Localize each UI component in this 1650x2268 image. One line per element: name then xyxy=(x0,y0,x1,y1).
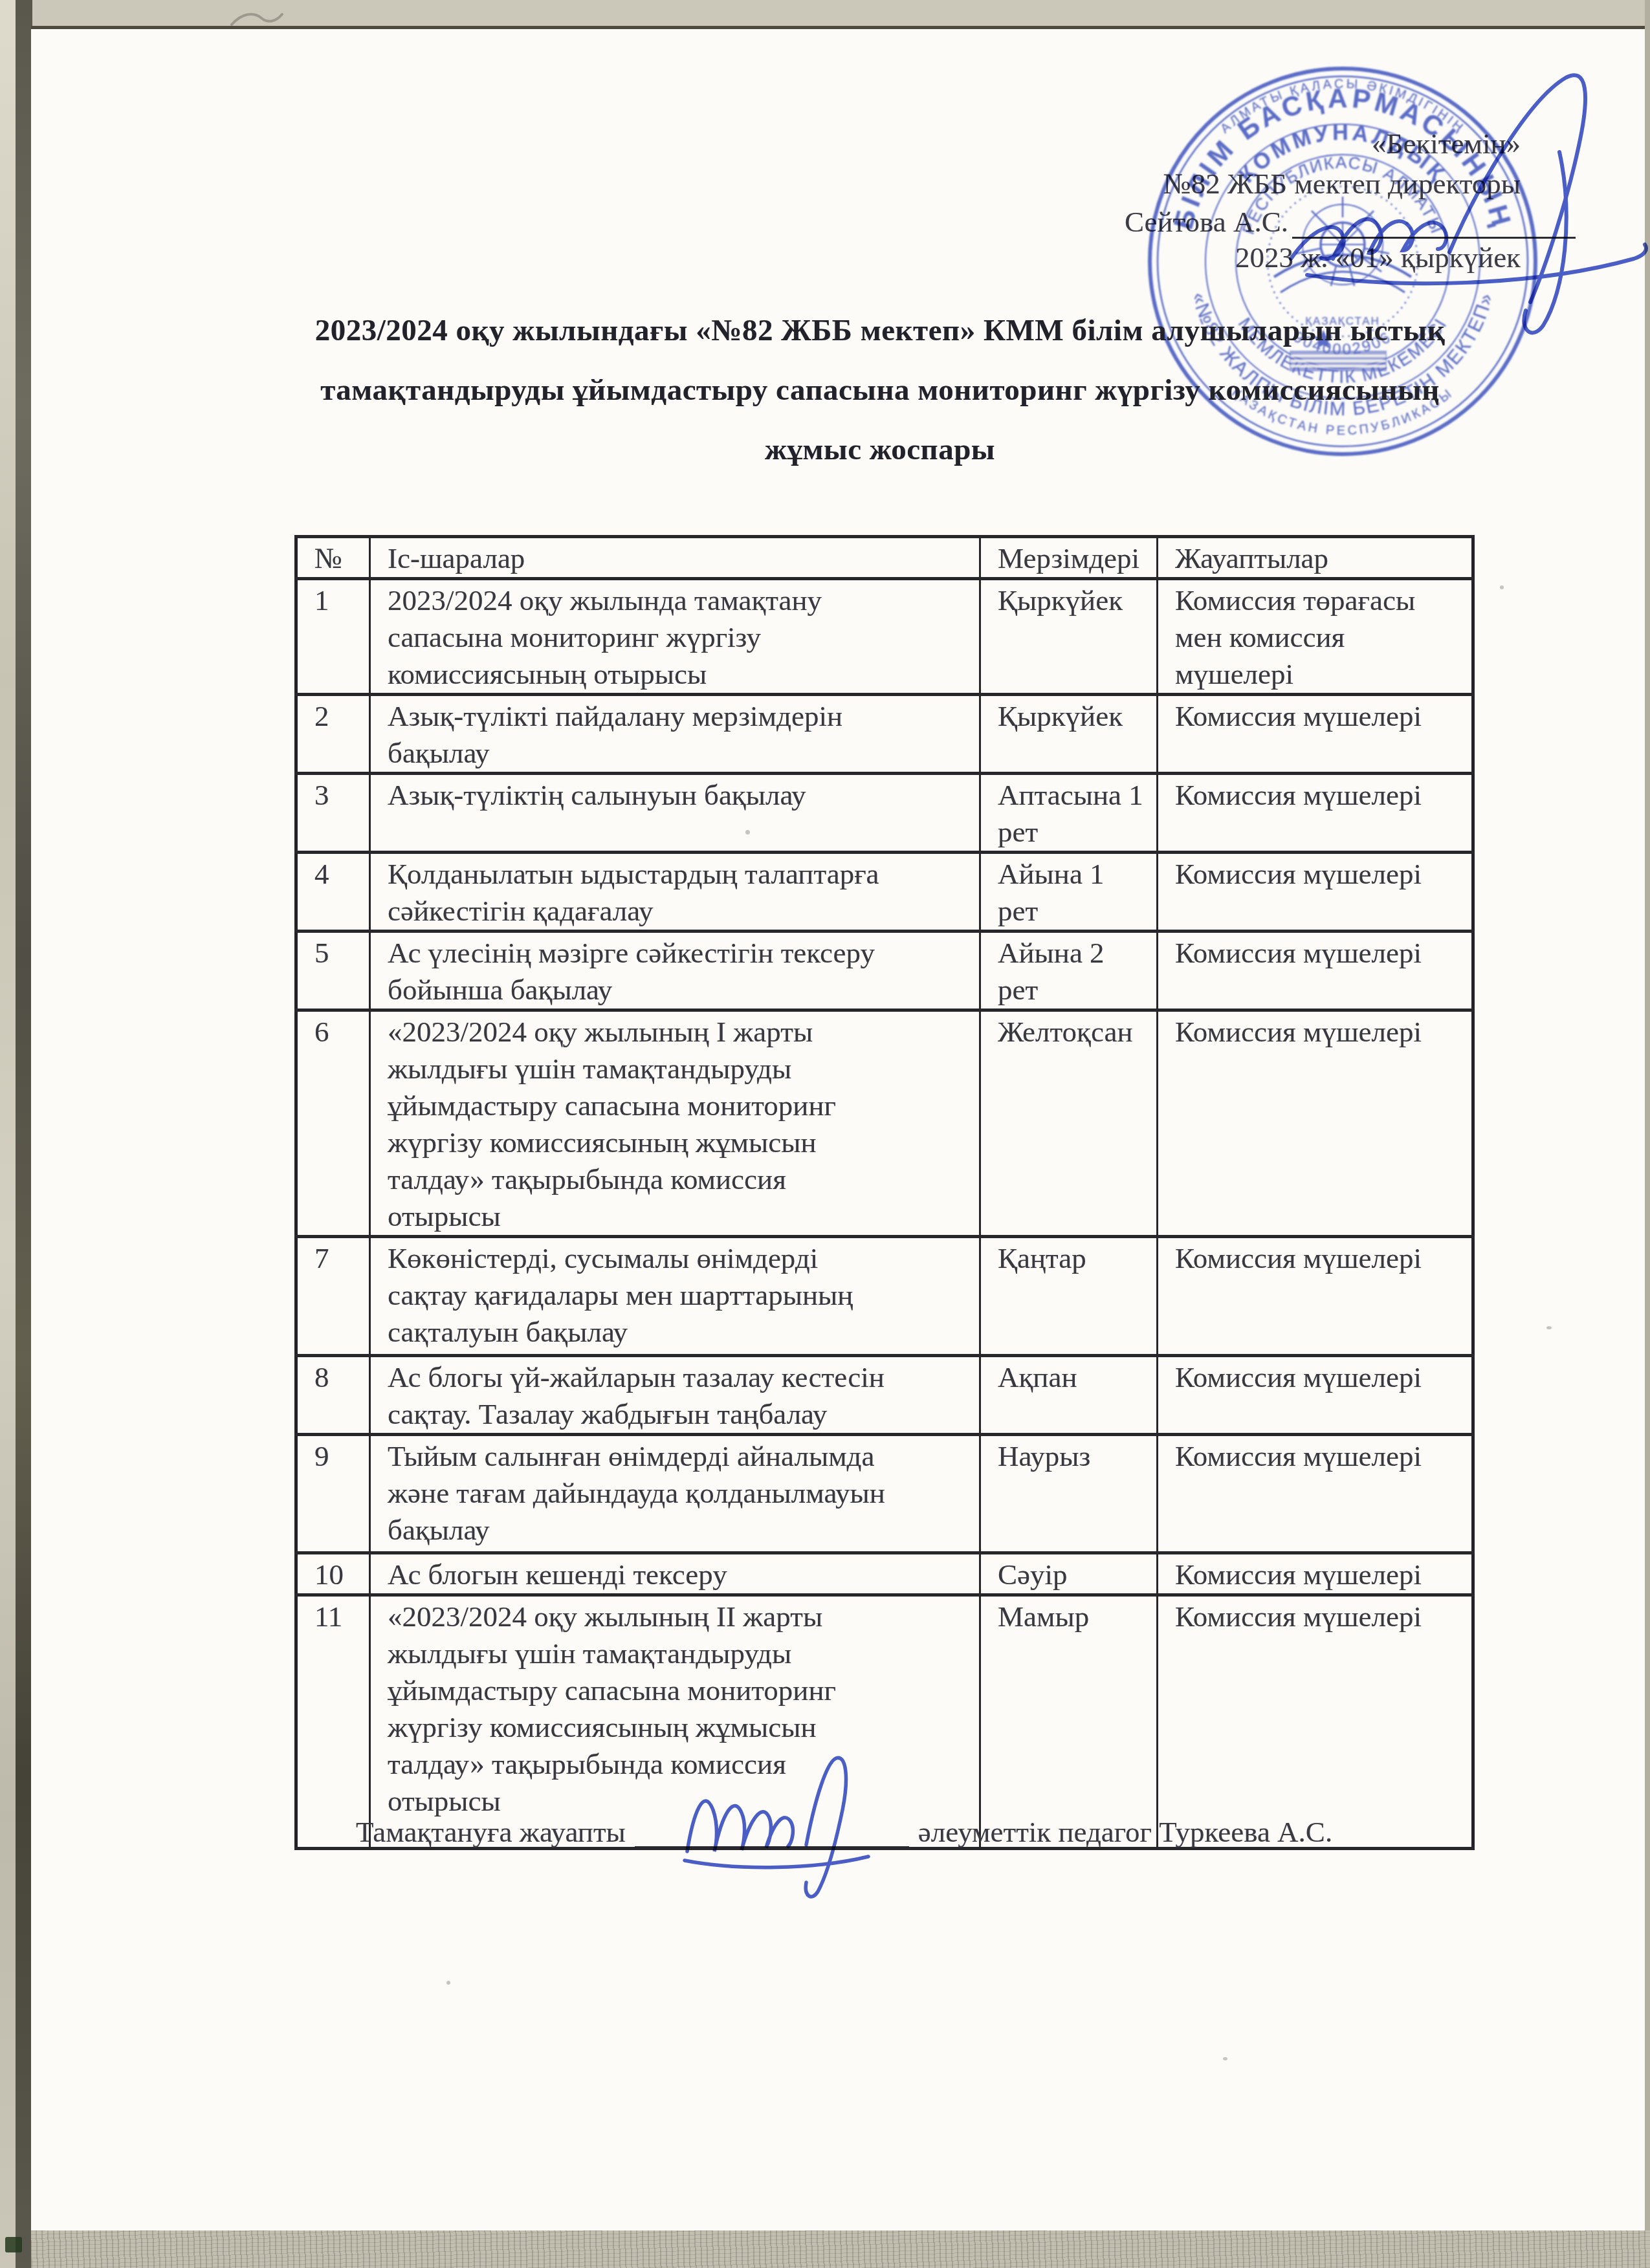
row-number: 2 xyxy=(296,695,370,774)
table-header-row: № Іс-шаралар Мерзімдері Жауаптылар xyxy=(296,537,1473,579)
row-responsible: Комиссия мүшелері xyxy=(1158,1553,1473,1595)
row-period: Қыркүйек xyxy=(980,579,1158,695)
row-period: Сәуір xyxy=(980,1553,1158,1595)
row-activity: Ас блогы үй-жайларын тазалау кестесін са… xyxy=(370,1356,980,1435)
scan-corner-mark xyxy=(5,2237,22,2252)
work-plan-table: № Іс-шаралар Мерзімдері Жауаптылар 1 202… xyxy=(294,535,1475,1850)
table-row: 10 Ас блогын кешенді тексеру Сәуір Комис… xyxy=(296,1553,1473,1595)
row-responsible: Комиссия мүшелері xyxy=(1158,774,1473,853)
title-line-2: тамақтандыруды ұйымдастыру сапасына мони… xyxy=(278,360,1482,420)
row-responsible: Комиссия мүшелері xyxy=(1158,1595,1473,1849)
scanned-document: «Бекітемін» №82 ЖББ мектеп директоры Сей… xyxy=(0,0,1650,2268)
row-number: 11 xyxy=(296,1595,370,1849)
row-responsible: Комиссия мүшелері xyxy=(1158,1435,1473,1553)
table-row: 7 Көкөністерді, сусымалы өнімдерді сақта… xyxy=(296,1237,1473,1356)
row-responsible: Комиссия мүшелері xyxy=(1158,932,1473,1010)
row-activity: Тыйым салынған өнімдерді айналымда және … xyxy=(370,1435,980,1553)
header-periods: Мерзімдері xyxy=(980,537,1158,579)
row-number: 7 xyxy=(296,1237,370,1356)
scan-right-edge xyxy=(1645,0,1650,2268)
row-period: Айына 1 рет xyxy=(980,853,1158,932)
row-number: 4 xyxy=(296,853,370,932)
table-row: 8 Ас блогы үй-жайларын тазалау кестесін … xyxy=(296,1356,1473,1435)
scan-left-shadow-band xyxy=(16,0,32,2268)
row-activity: 2023/2024 оқу жылында тамақтану сапасына… xyxy=(370,579,980,695)
row-period: Желтоқсан xyxy=(980,1010,1158,1237)
row-period: Мамыр xyxy=(980,1595,1158,1849)
footer-label: Тамақтануға жауапты xyxy=(356,1815,626,1849)
row-number: 3 xyxy=(296,774,370,853)
row-responsible: Комиссия мүшелері xyxy=(1158,1356,1473,1435)
footer-person: әлеуметтік педагог Туркеева А.С. xyxy=(918,1815,1332,1849)
row-period: Наурыз xyxy=(980,1435,1158,1553)
row-period: Айына 2 рет xyxy=(980,932,1158,1010)
row-period: Қаңтар xyxy=(980,1237,1158,1356)
row-number: 9 xyxy=(296,1435,370,1553)
row-activity: Ас блогын кешенді тексеру xyxy=(370,1553,980,1595)
table-row: 11 «2023/2024 оқу жылының II жарты жылды… xyxy=(296,1595,1473,1849)
row-activity: Азық-түлікті пайдалану мерзімдерін бақыл… xyxy=(370,695,980,774)
row-number: 6 xyxy=(296,1010,370,1237)
row-responsible: Комиссия мүшелері xyxy=(1158,1010,1473,1237)
header-responsible: Жауаптылар xyxy=(1158,537,1473,579)
row-activity: Ас үлесінің мәзірге сәйкестігін тексеру … xyxy=(370,932,980,1010)
scan-left-margin xyxy=(0,0,16,2268)
row-number: 5 xyxy=(296,932,370,1010)
table-row: 3 Азық-түліктің салынуын бақылау Аптасын… xyxy=(296,774,1473,853)
header-activities: Іс-шаралар xyxy=(370,537,980,579)
row-activity: Азық-түліктің салынуын бақылау xyxy=(370,774,980,853)
table-row: 2 Азық-түлікті пайдалану мерзімдерін бақ… xyxy=(296,695,1473,774)
row-responsible: Комиссия мүшелері xyxy=(1158,695,1473,774)
row-number: 8 xyxy=(296,1356,370,1435)
table-row: 5 Ас үлесінің мәзірге сәйкестігін тексер… xyxy=(296,932,1473,1010)
table-row: 4 Қолданылатын ыдыстардың талаптарға сәй… xyxy=(296,853,1473,932)
header-number: № xyxy=(296,537,370,579)
document-page: «Бекітемін» №82 ЖББ мектеп директоры Сей… xyxy=(31,29,1645,2230)
scan-bottom-band xyxy=(31,2230,1650,2268)
table-row: 6 «2023/2024 оқу жылының I жарты жылдығы… xyxy=(296,1010,1473,1237)
document-title: 2023/2024 оқу жылындағы «№82 ЖББ мектеп»… xyxy=(278,301,1482,479)
table-row: 1 2023/2024 оқу жылында тамақтану сапасы… xyxy=(296,579,1473,695)
row-activity: Қолданылатын ыдыстардың талаптарға сәйке… xyxy=(370,853,980,932)
row-number: 1 xyxy=(296,579,370,695)
row-period: Ақпан xyxy=(980,1356,1158,1435)
row-responsible: Комиссия мүшелері xyxy=(1158,853,1473,932)
row-activity: «2023/2024 оқу жылының I жарты жылдығы ү… xyxy=(370,1010,980,1237)
director-signature xyxy=(1255,61,1650,340)
row-number: 10 xyxy=(296,1553,370,1595)
row-responsible: Комиссия төрағасы мен комиссия мүшелері xyxy=(1158,579,1473,695)
title-line-1: 2023/2024 оқу жылындағы «№82 ЖББ мектеп»… xyxy=(278,301,1482,360)
row-period: Аптасына 1 рет xyxy=(980,774,1158,853)
row-activity: Көкөністерді, сусымалы өнімдерді сақтау … xyxy=(370,1237,980,1356)
row-period: Қыркүйек xyxy=(980,695,1158,774)
row-responsible: Комиссия мүшелері xyxy=(1158,1237,1473,1356)
responsible-signature xyxy=(660,1740,880,1902)
title-line-3: жұмыс жоспары xyxy=(278,420,1482,479)
table-row: 9 Тыйым салынған өнімдерді айналымда жән… xyxy=(296,1435,1473,1553)
